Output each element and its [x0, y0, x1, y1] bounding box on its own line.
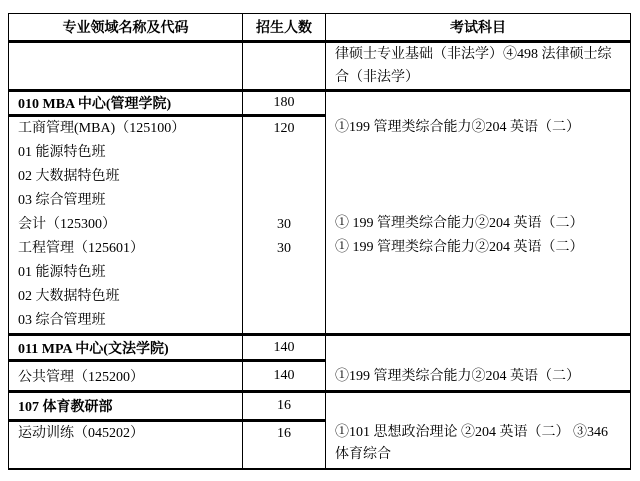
- major-cell: 工商管理(MBA)（125100） 01 能源特色班 02 大数据特色班 03 …: [9, 116, 243, 335]
- quota-line: 120: [243, 117, 325, 141]
- program-line: 02 大数据特色班: [9, 285, 242, 309]
- col-header-quota-label: 招生人数: [243, 14, 325, 40]
- exam-line: ① 199 管理类综合能力②204 英语（二）: [326, 236, 630, 260]
- program-line: 03 综合管理班: [9, 189, 242, 213]
- subjects-cell: ①199 管理类综合能力②204 英语（二）: [326, 361, 631, 392]
- mpa-section-row: 011 MPA 中心(文法学院) 140: [9, 335, 631, 361]
- major-label: [9, 43, 242, 89]
- col-header-quota: 招生人数: [243, 14, 326, 42]
- section-name-cell: 010 MBA 中心(管理学院): [9, 91, 243, 116]
- quota-value: 16: [243, 393, 325, 419]
- exam-line: [326, 188, 630, 212]
- section-name-label: 011 MPA 中心(文法学院): [9, 336, 242, 359]
- exam-line: ① 199 管理类综合能力②204 英语（二）: [326, 212, 630, 236]
- major-cell: 公共管理（125200）: [9, 361, 243, 392]
- exam-line: 律硕士专业基础（非法学）④498 法律硕士综: [326, 43, 630, 66]
- sport-training-row: 运动训练（045202） 16 ①101 思想政治理论 ②204 英语（二） ③…: [9, 421, 631, 470]
- quota-line: [243, 141, 325, 165]
- quota-value: 16: [243, 422, 325, 468]
- col-header-subjects-label: 考试科目: [326, 14, 630, 40]
- quota-line: [243, 285, 325, 309]
- col-header-subjects: 考试科目: [326, 14, 631, 42]
- section-name-label: 010 MBA 中心(管理学院): [9, 92, 242, 114]
- subjects-cell: 律硕士专业基础（非法学）④498 法律硕士综 合（非法学）: [326, 42, 631, 91]
- exam-value: [326, 336, 630, 359]
- quota-line: [243, 189, 325, 213]
- exam-line: 合（非法学）: [326, 66, 630, 89]
- quota-cell: 16: [243, 421, 326, 470]
- exam-line: ①199 管理类综合能力②204 英语（二）: [326, 116, 630, 140]
- exam-line: [326, 260, 630, 284]
- program-line: 01 能源特色班: [9, 261, 242, 285]
- section-name-cell: 107 体育教研部: [9, 392, 243, 421]
- section-name-cell: 011 MPA 中心(文法学院): [9, 335, 243, 361]
- program-line: 02 大数据特色班: [9, 165, 242, 189]
- mba-section-row: 010 MBA 中心(管理学院) 180: [9, 91, 631, 116]
- exam-value: ①199 管理类综合能力②204 英语（二）: [326, 361, 630, 389]
- program-line: 01 能源特色班: [9, 141, 242, 165]
- exam-line: [326, 284, 630, 308]
- quota-value: 140: [243, 362, 325, 390]
- section-name-label: 107 体育教研部: [9, 393, 242, 419]
- quota-line: 30: [243, 237, 325, 261]
- quota-cell: 120 30 30: [243, 116, 326, 335]
- subjects-cell: [326, 91, 631, 116]
- exam-line: ①101 思想政治理论 ②204 英语（二） ③346: [326, 421, 630, 444]
- mba-programs-row: 工商管理(MBA)（125100） 01 能源特色班 02 大数据特色班 03 …: [9, 116, 631, 335]
- major-cell: 运动训练（045202）: [9, 421, 243, 470]
- quota-line: 30: [243, 213, 325, 237]
- quota-line: [243, 165, 325, 189]
- admissions-table: 专业领域名称及代码 招生人数 考试科目 律硕士专业基础（非法学）④498 法律硕…: [8, 13, 631, 470]
- quota-line: [243, 261, 325, 285]
- col-header-major: 专业领域名称及代码: [9, 14, 243, 42]
- subjects-cell: [326, 335, 631, 361]
- major-cell: [9, 42, 243, 91]
- major-label: 运动训练（045202）: [9, 422, 242, 468]
- quota-cell: [243, 42, 326, 91]
- program-line: 03 综合管理班: [9, 309, 242, 333]
- quota-cell: 140: [243, 361, 326, 392]
- exam-line: 体育综合: [326, 444, 630, 466]
- public-admin-row: 公共管理（125200） 140 ①199 管理类综合能力②204 英语（二）: [9, 361, 631, 392]
- quota-line: [243, 309, 325, 333]
- program-line: 工程管理（125601）: [9, 237, 242, 261]
- exam-value: [326, 92, 630, 114]
- law-continuation-row: 律硕士专业基础（非法学）④498 法律硕士综 合（非法学）: [9, 42, 631, 91]
- exam-line: [326, 164, 630, 188]
- quota-value: 140: [243, 336, 325, 359]
- pe-section-row: 107 体育教研部 16: [9, 392, 631, 421]
- exam-line: [326, 140, 630, 164]
- subjects-cell: ①199 管理类综合能力②204 英语（二） ① 199 管理类综合能力②204…: [326, 116, 631, 335]
- exam-line: [326, 308, 630, 332]
- program-line: 会计（125300）: [9, 213, 242, 237]
- quota-cell: 180: [243, 91, 326, 116]
- quota-cell: 16: [243, 392, 326, 421]
- quota-value: 180: [243, 92, 325, 114]
- subjects-cell: [326, 392, 631, 421]
- exam-value: [326, 393, 630, 419]
- col-header-major-label: 专业领域名称及代码: [9, 14, 242, 40]
- program-line: 工商管理(MBA)（125100）: [9, 117, 242, 141]
- table-header-row: 专业领域名称及代码 招生人数 考试科目: [9, 14, 631, 42]
- subjects-cell: ①101 思想政治理论 ②204 英语（二） ③346 体育综合: [326, 421, 631, 470]
- quota-value: [243, 43, 325, 89]
- major-label: 公共管理（125200）: [9, 362, 242, 390]
- quota-cell: 140: [243, 335, 326, 361]
